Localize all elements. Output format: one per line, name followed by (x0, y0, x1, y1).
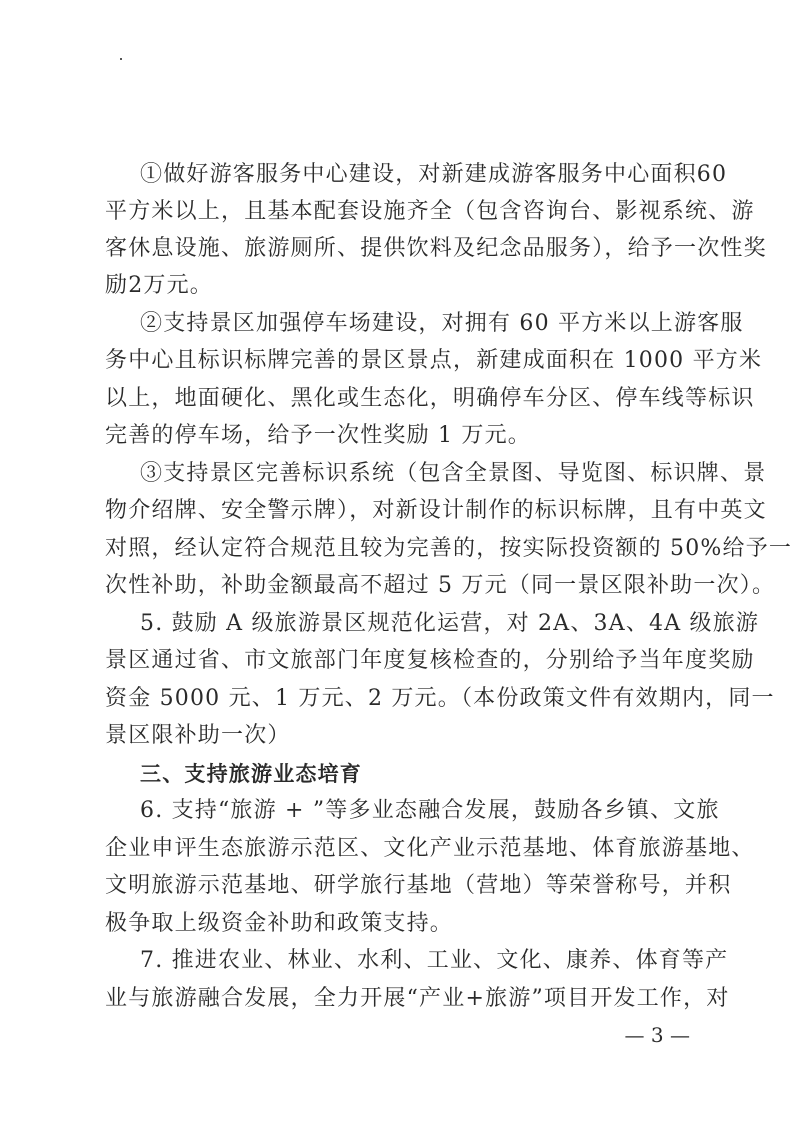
paragraph-line: 业与旅游融合发展，全力开展“产业+旅游”项目开发工作，对 (105, 981, 690, 1017)
paragraph-line: 7. 推进农业、林业、水利、工业、文化、康养、体育等产 (140, 943, 690, 979)
paragraph-line: 5. 鼓励 A 级旅游景区规范化运营，对 2A、3A、4A 级旅游 (140, 606, 690, 642)
paragraph-line: 务中心且标识标牌完善的景区景点，新建成面积在 1000 平方米 (105, 343, 690, 379)
paragraph-line: 完善的停车场，给予一次性奖励 1 万元。 (105, 418, 690, 454)
paragraph-line: 景区限补助一次） (105, 718, 690, 754)
scan-dot-mark (120, 58, 122, 60)
paragraph-line: 资金 5000 元、1 万元、2 万元。（本份政策文件有效期内，同一 (105, 681, 690, 717)
paragraph-line: 对照，经认定符合规范且较为完善的，按实际投资额的 50%给予一 (105, 531, 690, 567)
paragraph-line: 6. 支持“旅游 + ”等多业态融合发展，鼓励各乡镇、文旅 (140, 793, 690, 829)
paragraph-line: 以上，地面硬化、黑化或生态化，明确停车分区、停车线等标识 (105, 381, 690, 417)
paragraph-line: ①做好游客服务中心建设，对新建成游客服务中心面积60 (140, 157, 690, 193)
paragraph-line: 企业申评生态旅游示范区、文化产业示范基地、体育旅游基地、 (105, 831, 690, 867)
paragraph-line: 文明旅游示范基地、研学旅行基地（营地）等荣誉称号，并积 (105, 868, 690, 904)
document-page: ①做好游客服务中心建设，对新建成游客服务中心面积60 平方米以上，且基本配套设施… (0, 0, 794, 1122)
section-heading: 三、支持旅游业态培育 (140, 756, 690, 792)
paragraph-line: ③支持景区完善标识系统（包含全景图、导览图、标识牌、景 (140, 456, 690, 492)
paragraph-line: ②支持景区加强停车场建设，对拥有 60 平方米以上游客服 (140, 306, 690, 342)
paragraph-line: 次性补助，补助金额最高不超过 5 万元（同一景区限补助一次）。 (105, 568, 690, 604)
page-number: — 3 — (600, 1020, 690, 1050)
paragraph-line: 极争取上级资金补助和政策支持。 (105, 906, 690, 942)
paragraph-line: 客休息设施、旅游厕所、提供饮料及纪念品服务），给予一次性奖 (105, 231, 690, 267)
paragraph-line: 景区通过省、市文旅部门年度复核检查的，分别给予当年度奖励 (105, 643, 690, 679)
paragraph-line: 物介绍牌、安全警示牌），对新设计制作的标识标牌，且有中英文 (105, 493, 690, 529)
paragraph-line: 励2万元。 (105, 268, 690, 304)
paragraph-line: 平方米以上，且基本配套设施齐全（包含咨询台、影视系统、游 (105, 194, 690, 230)
